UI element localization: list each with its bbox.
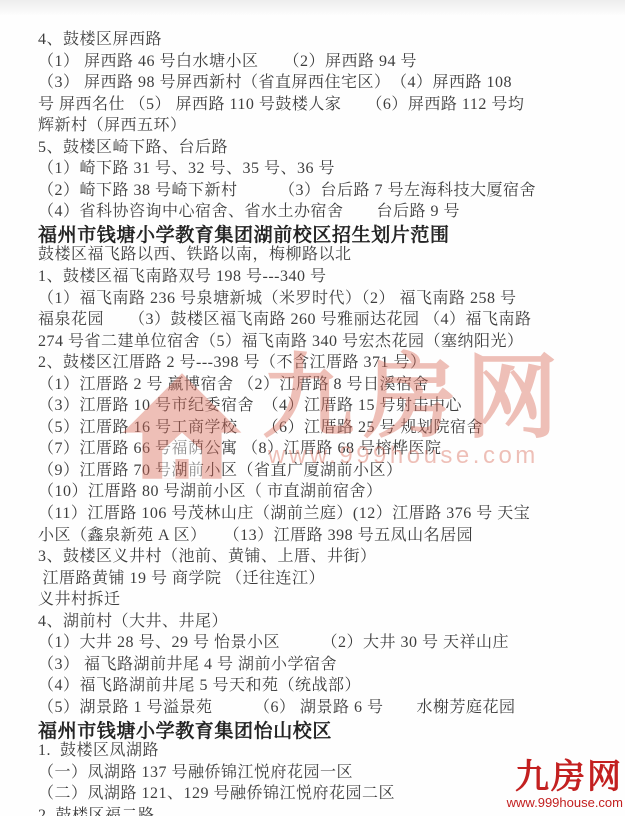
text-line: 4、湖前村（大井、井尾）: [38, 608, 603, 630]
text-line: （10）江厝路 80 号湖前小区（ 市直湖前宿舍）: [38, 478, 603, 500]
text-line: 江厝路黄铺 19 号 商学院 （迁往连江）: [38, 565, 603, 587]
text-line: 2、鼓楼区江厝路 2 号---398 号（不含江厝路 371 号）: [38, 349, 603, 371]
text-line: （4）省科协咨询中心宿舍、省水土办宿舍 台后路 9 号: [38, 198, 603, 220]
text-line: 274 号省二建单位宿舍（5）福飞南路 340 号宏杰花园（塞纳阳光）: [38, 328, 603, 350]
text-line: （11）江厝路 106 号茂林山庄（湖前兰庭）(12）江厝路 376 号 天宝: [38, 500, 603, 522]
text-line: 4、鼓楼区屏西路: [38, 26, 603, 48]
text-line: （5）湖景路 1 号溢景苑 （6） 湖景路 6 号 水榭芳庭花园: [38, 694, 603, 716]
text-line: 辉新村（屏西五环）: [38, 112, 603, 134]
text-line: （5）江厝路 16 号工商学校 （6）江厝路 25 号 规划院宿舍: [38, 414, 603, 436]
text-line: 5、鼓楼区崎下路、台后路: [38, 134, 603, 156]
text-line: （1）大井 28 号、29 号 怡景小区 （2）大井 30 号 天祥山庄: [38, 629, 603, 651]
text-line: （9）江厝路 70 号湖前小区（省直广厦湖前小区）: [38, 457, 603, 479]
text-line: 小区（鑫泉新苑 A 区） （13）江厝路 398 号五凤山名居园: [38, 522, 603, 544]
page-top-shade: [0, 0, 625, 16]
text-line: （1）江厝路 2 号 赢博宿舍 （2）江厝路 8 号日溪宿舍: [38, 371, 603, 393]
document-body: 4、鼓楼区屏西路 （1） 屏西路 46 号白水塘小区 （2）屏西路 94 号 （…: [38, 26, 603, 816]
site-logo-url: www.999house.com: [507, 795, 623, 811]
text-line: （4）福飞路湖前井尾 5 号天和苑（统战部）: [38, 672, 603, 694]
text-line: （3） 福飞路湖前井尾 4 号 湖前小学宿舍: [38, 651, 603, 673]
text-line: （1）崎下路 31 号、32 号、35 号、36 号: [38, 155, 603, 177]
text-line: （1） 屏西路 46 号白水塘小区 （2）屏西路 94 号: [38, 48, 603, 70]
text-line: （3）江厝路 10 号市纪委宿舍 （4）江厝路 15 号射击中心: [38, 392, 603, 414]
text-line: （7）江厝路 66 号福荫公寓 （8）江厝路 68 号榕桦医院: [38, 435, 603, 457]
text-line: （1）福飞南路 236 号泉塘新城（米罗时代）（2） 福飞南路 258 号: [38, 285, 603, 307]
text-line: 1、鼓楼区福飞南路双号 198 号---340 号: [38, 263, 603, 285]
text-line: （2）崎下路 38 号崎下新村 （3）台后路 7 号左海科技大厦宿舍: [38, 177, 603, 199]
text-line: 福泉花园 （3）鼓楼区福飞南路 260 号雅丽达花园 （4）福飞南路: [38, 306, 603, 328]
site-logo-brand: 九房网: [507, 761, 623, 795]
text-line: （3） 屏西路 98 号屏西新村（省直屏西住宅区） （4）屏西路 108: [38, 69, 603, 91]
section-heading-huqian: 福州市钱塘小学教育集团湖前校区招生划片范围: [38, 220, 603, 242]
document-page: 4、鼓楼区屏西路 （1） 屏西路 46 号白水塘小区 （2）屏西路 94 号 （…: [0, 0, 625, 816]
text-line: 3、鼓楼区义井村（池前、黄铺、上厝、井街）: [38, 543, 603, 565]
section-heading-yishan: 福州市钱塘小学教育集团怡山校区: [38, 716, 603, 738]
text-line: 号 屏西名仕 （5） 屏西路 110 号鼓楼人家 （6）屏西路 112 号均: [38, 91, 603, 113]
text-line: 鼓楼区福飞路以西、铁路以南，梅柳路以北: [38, 241, 603, 263]
site-logo: 九房网 www.999house.com: [507, 761, 623, 811]
text-line: 义井村拆迁: [38, 586, 603, 608]
